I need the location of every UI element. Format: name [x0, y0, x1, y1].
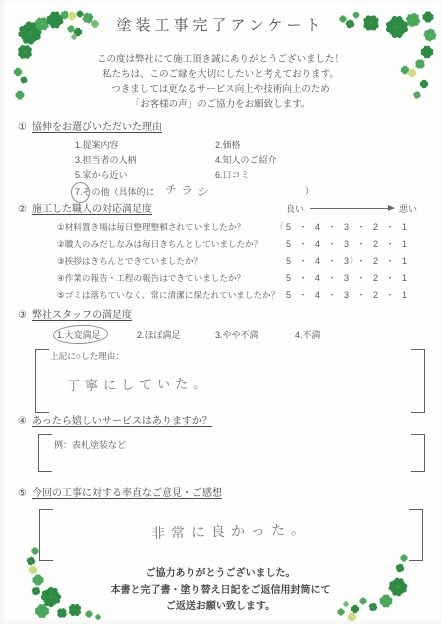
rating-question: ②職人のみだしなみは毎日きちんとしていましたか？	[18, 238, 286, 250]
section4-title: あったら嬉しいサービスはありますか？	[32, 416, 212, 427]
section-worker-satisfaction: ②施工した職人の対応満足度 良い 悪い ①材料置き場は毎日整理整頓されていました…	[18, 200, 433, 305]
section2-header: ②施工した職人の対応満足度	[18, 200, 286, 215]
reason-answer-box: 上記に○した理由： 丁寧にしていた。	[35, 349, 425, 413]
section3-title: 弊社スタッフの満足度	[32, 310, 132, 321]
rating-scale: 5 ・ 4 ・ 3 ・ 2 ・ 1	[286, 237, 433, 250]
option-proposal: 1.提案内容	[75, 138, 215, 153]
option-price: 2.価格	[215, 138, 433, 153]
option-mostly-satisfied: 2.ほぼ満足	[137, 328, 215, 341]
option-dissatisfied: 4.不満	[295, 328, 321, 341]
handwritten-reason: 丁寧にしていた。	[67, 373, 211, 395]
section1-title: 協伸をお選びいただいた理由	[32, 122, 162, 133]
rating-question: ⑤ゴミは落ちていなく、常に清潔に保たれていましたか？	[18, 289, 286, 301]
circled-option-very-satisfied: 1.大変満足	[57, 328, 101, 341]
rating-question: ①材料置き場は毎日整理整頓されていましたか？	[18, 221, 286, 233]
rating-row: ②職人のみだしなみは毎日きちんとしていましたか？ 5 ・ 4 ・ 3 ・ 2 ・…	[18, 237, 433, 254]
rating-scale: 5 ・ 4 ・ 3 ・ 2 ・ 1	[286, 271, 433, 284]
option-other-row: 7.その他（具体的にチラシ ）	[18, 183, 433, 199]
handwritten-answer-flyer: チラシ	[164, 181, 213, 200]
rating-question: ③挨拶はきちんとできていましたか？	[18, 255, 286, 267]
section3-header: ③弊社スタッフの満足度	[18, 306, 433, 321]
option-referral: 4.知人のご紹介	[215, 153, 433, 168]
section1-number: ①	[18, 122, 27, 133]
section1-header: ①協伸をお選びいただいた理由	[18, 118, 433, 133]
section5-number: ⑤	[18, 488, 27, 499]
closing-paren: ）	[305, 183, 314, 199]
option-near-home: 5.家から近い	[75, 168, 215, 183]
intro-line: この度は弊社にて施工頂き誠にありがとうございました！	[0, 52, 441, 67]
intro-line: つきましては更なるサービス向上や技術向上のため	[0, 82, 441, 97]
scale-bad-label: 悪い	[399, 202, 417, 215]
rating-row: ③挨拶はきちんとできていましたか？ 5 ・ 4 ・ 3 ・ 2 ・ 1)	[18, 254, 433, 271]
intro-paragraph: この度は弊社にて施工頂き誠にありがとうございました！ 私たちは、このご縁を大切に…	[0, 52, 441, 112]
reason-label: 上記に○した理由：	[35, 349, 425, 362]
rating-row: ①材料置き場は毎日整理整頓されていましたか？ 5 ・ 4 ・ 3 ・ 2 ・ 1…	[18, 220, 433, 237]
faint-pencil-mark: (	[280, 220, 283, 230]
feedback-answer-box: 非常に良かった。	[39, 509, 423, 561]
page-title: 塗装工事完了アンケート	[0, 14, 441, 35]
section1-options: 1.提案内容 2.価格 3.担当者の人柄 4.知人のご紹介 5.家から近い 6.…	[18, 138, 433, 183]
section-reason-for-choosing: ①協伸をお選びいただいた理由 1.提案内容 2.価格 3.担当者の人柄 4.知人…	[18, 118, 433, 199]
rating-scale-legend: 良い 悪い	[286, 202, 433, 215]
option-word-of-mouth: 6.口コミ	[215, 168, 433, 183]
section2-title: 施工した職人の対応満足度	[32, 204, 152, 215]
footer-line: ご返送お願い致します。	[0, 599, 441, 616]
section4-header: ④あったら嬉しいサービスはありますか？	[18, 412, 433, 427]
section-overall-feedback: ⑤今回の工事に対する率直なご意見・ご感想 非常に良かった。	[18, 484, 433, 561]
section2-number: ②	[18, 204, 27, 215]
rating-question-list: ①材料置き場は毎日整理整頓されていましたか？ 5 ・ 4 ・ 3 ・ 2 ・ 1…	[18, 220, 433, 305]
faint-pencil-mark: )	[350, 254, 353, 264]
section3-number: ③	[18, 310, 27, 321]
section-staff-satisfaction: ③弊社スタッフの満足度 1.大変満足 2.ほぼ満足 3.やや不満 4.不満 上記…	[18, 306, 433, 413]
rating-question: ④作業の報告・工程の報告はできていましたか？	[18, 272, 286, 284]
service-answer-box: 例：表札塗装など	[38, 434, 425, 472]
section5-header: ⑤今回の工事に対する率直なご意見・ご感想	[18, 484, 433, 499]
section4-number: ④	[18, 416, 27, 427]
survey-page: 塗装工事完了アンケート この度は弊社にて施工頂き誠にありがとうございました！ 私…	[0, 0, 441, 624]
intro-line: 「お客様の声」のご協力をお願致します。	[0, 97, 441, 112]
intro-line: 私たちは、このご縁を大切にしたいと考えております。	[0, 67, 441, 82]
rating-scale: 5 ・ 4 ・ 3 ・ 2 ・ 1(	[286, 220, 433, 233]
rating-row: ④作業の報告・工程の報告はできていましたか？ 5 ・ 4 ・ 3 ・ 2 ・ 1	[18, 271, 433, 288]
rating-scale: 5 ・ 4 ・ 3 ・ 2 ・ 1)	[286, 254, 433, 267]
rating-row: ⑤ゴミは落ちていなく、常に清潔に保たれていましたか？ 5 ・ 4 ・ 3 ・ 2…	[18, 288, 433, 305]
option-other-label: その他（具体的に	[83, 187, 155, 197]
footer-line: 本書と完了書・塗り替え日記をご返信用封筒にて	[0, 583, 441, 600]
footer-message: ご協力ありがとうございました。 本書と完了書・塗り替え日記をご返信用封筒にて ご…	[0, 566, 441, 616]
section3-options: 1.大変満足 2.ほぼ満足 3.やや不満 4.不満	[18, 328, 433, 341]
circled-option-7: 7.	[75, 184, 83, 200]
section2-header-row: ②施工した職人の対応満足度 良い 悪い	[18, 200, 433, 215]
good-to-bad-arrow-icon	[310, 208, 394, 209]
option-personality: 3.担当者の人柄	[75, 153, 215, 168]
scale-good-label: 良い	[286, 202, 304, 215]
footer-line: ご協力ありがとうございました。	[0, 566, 441, 583]
handwritten-feedback: 非常に良かった。	[151, 519, 311, 543]
section5-title: 今回の工事に対する率直なご意見・ご感想	[32, 488, 222, 499]
section-desired-services: ④あったら嬉しいサービスはありますか？ 例：表札塗装など	[18, 412, 433, 472]
rating-scale: 5 ・ 4 ・ 3 ・ 2 ・ 1	[286, 288, 433, 301]
service-example-label: 例：表札塗装など	[38, 434, 425, 451]
option-somewhat-dissatisfied: 3.やや不満	[215, 328, 295, 341]
